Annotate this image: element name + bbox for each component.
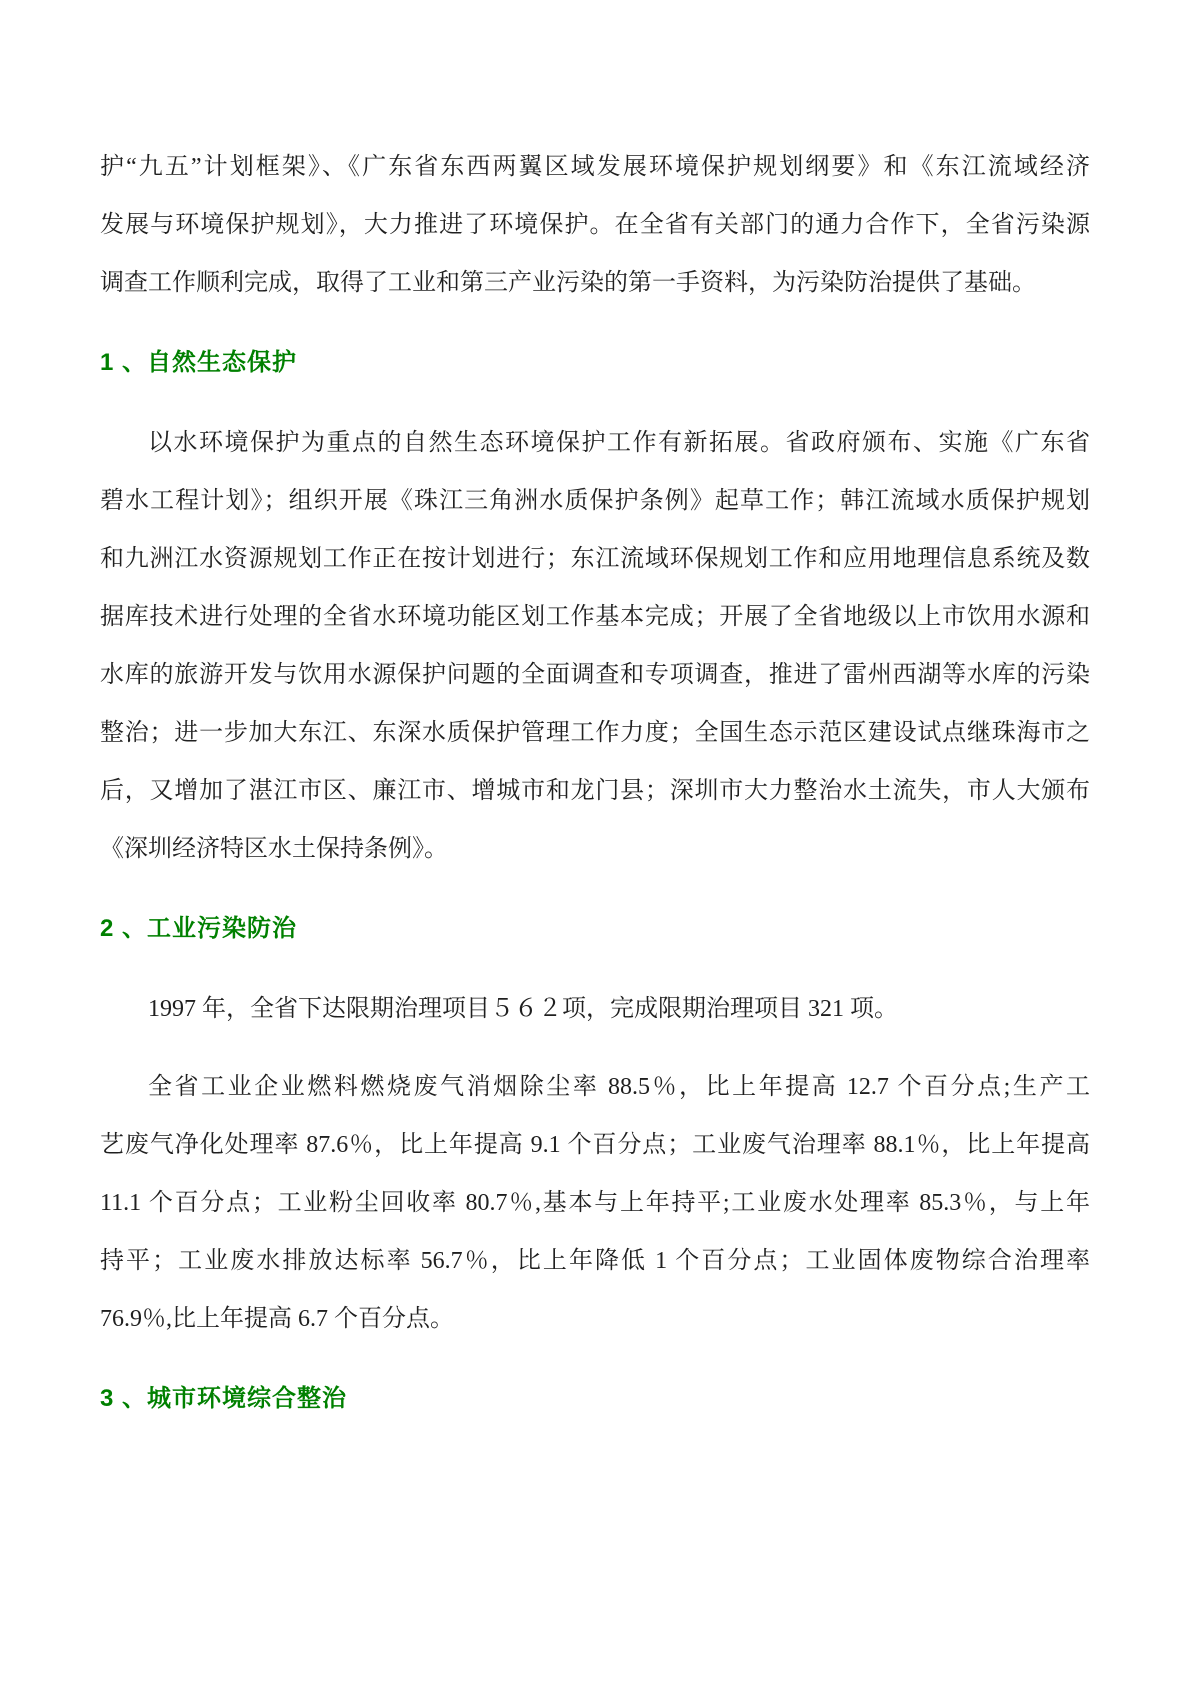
text-line: 护“九五”计划框架》、《广东省东西两翼区域发展环境保护规划纲要》和《东江流域经济 [100, 138, 1090, 196]
text-line: 整治；进一步加大东江、东深水质保护管理工作力度；全国生态示范区建设试点继珠海市之 [100, 704, 1090, 762]
text-line: 《深圳经济特区水土保持条例》。 [100, 820, 1090, 878]
text-line: 全省工业企业燃料燃烧废气消烟除尘率 88.5％，比上年提高 12.7 个百分点;… [100, 1058, 1090, 1116]
text-line: 调查工作顺利完成，取得了工业和第三产业污染的第一手资料，为污染防治提供了基础。 [100, 254, 1090, 312]
text-line: 11.1 个百分点；工业粉尘回收率 80.7％,基本与上年持平;工业废水处理率 … [100, 1174, 1090, 1232]
intro-paragraph: 护“九五”计划框架》、《广东省东西两翼区域发展环境保护规划纲要》和《东江流域经济… [100, 138, 1090, 312]
text-line: 和九洲江水资源规划工作正在按计划进行；东江流域环保规划工作和应用地理信息系统及数 [100, 530, 1090, 588]
document-page: 护“九五”计划框架》、《广东省东西两翼区域发展环境保护规划纲要》和《东江流域经济… [0, 0, 1191, 1684]
text-line: 据库技术进行处理的全省水环境功能区划工作基本完成；开展了全省地级以上市饮用水源和 [100, 588, 1090, 646]
text-line: 持平；工业废水排放达标率 56.7％，比上年降低 1 个百分点；工业固体废物综合… [100, 1232, 1090, 1290]
text-line: 76.9％,比上年提高 6.7 个百分点。 [100, 1290, 1090, 1348]
section-2-paragraph-1: 1997 年，全省下达限期治理项目５６２项，完成限期治理项目 321 项。 [100, 980, 1090, 1038]
section-1-heading: 1 、自然生态保护 [100, 334, 1090, 392]
text-line: 后，又增加了湛江市区、廉江市、增城市和龙门县；深圳市大力整治水土流失，市人大颁布 [100, 762, 1090, 820]
text-line: 1997 年，全省下达限期治理项目５６２项，完成限期治理项目 321 项。 [100, 980, 1090, 1038]
text-line: 以水环境保护为重点的自然生态环境保护工作有新拓展。省政府颁布、实施《广东省 [100, 414, 1090, 472]
text-line: 发展与环境保护规划》，大力推进了环境保护。在全省有关部门的通力合作下，全省污染源 [100, 196, 1090, 254]
section-1-paragraph: 以水环境保护为重点的自然生态环境保护工作有新拓展。省政府颁布、实施《广东省 碧水… [100, 414, 1090, 878]
section-2-heading: 2 、工业污染防治 [100, 900, 1090, 958]
section-3-heading: 3 、城市环境综合整治 [100, 1370, 1090, 1428]
section-2-paragraph-2: 全省工业企业燃料燃烧废气消烟除尘率 88.5％，比上年提高 12.7 个百分点;… [100, 1058, 1090, 1348]
text-line: 艺废气净化处理率 87.6％，比上年提高 9.1 个百分点；工业废气治理率 88… [100, 1116, 1090, 1174]
text-line: 碧水工程计划》；组织开展《珠江三角洲水质保护条例》起草工作；韩江流域水质保护规划 [100, 472, 1090, 530]
text-line: 水库的旅游开发与饮用水源保护问题的全面调查和专项调查，推进了雷州西湖等水库的污染 [100, 646, 1090, 704]
